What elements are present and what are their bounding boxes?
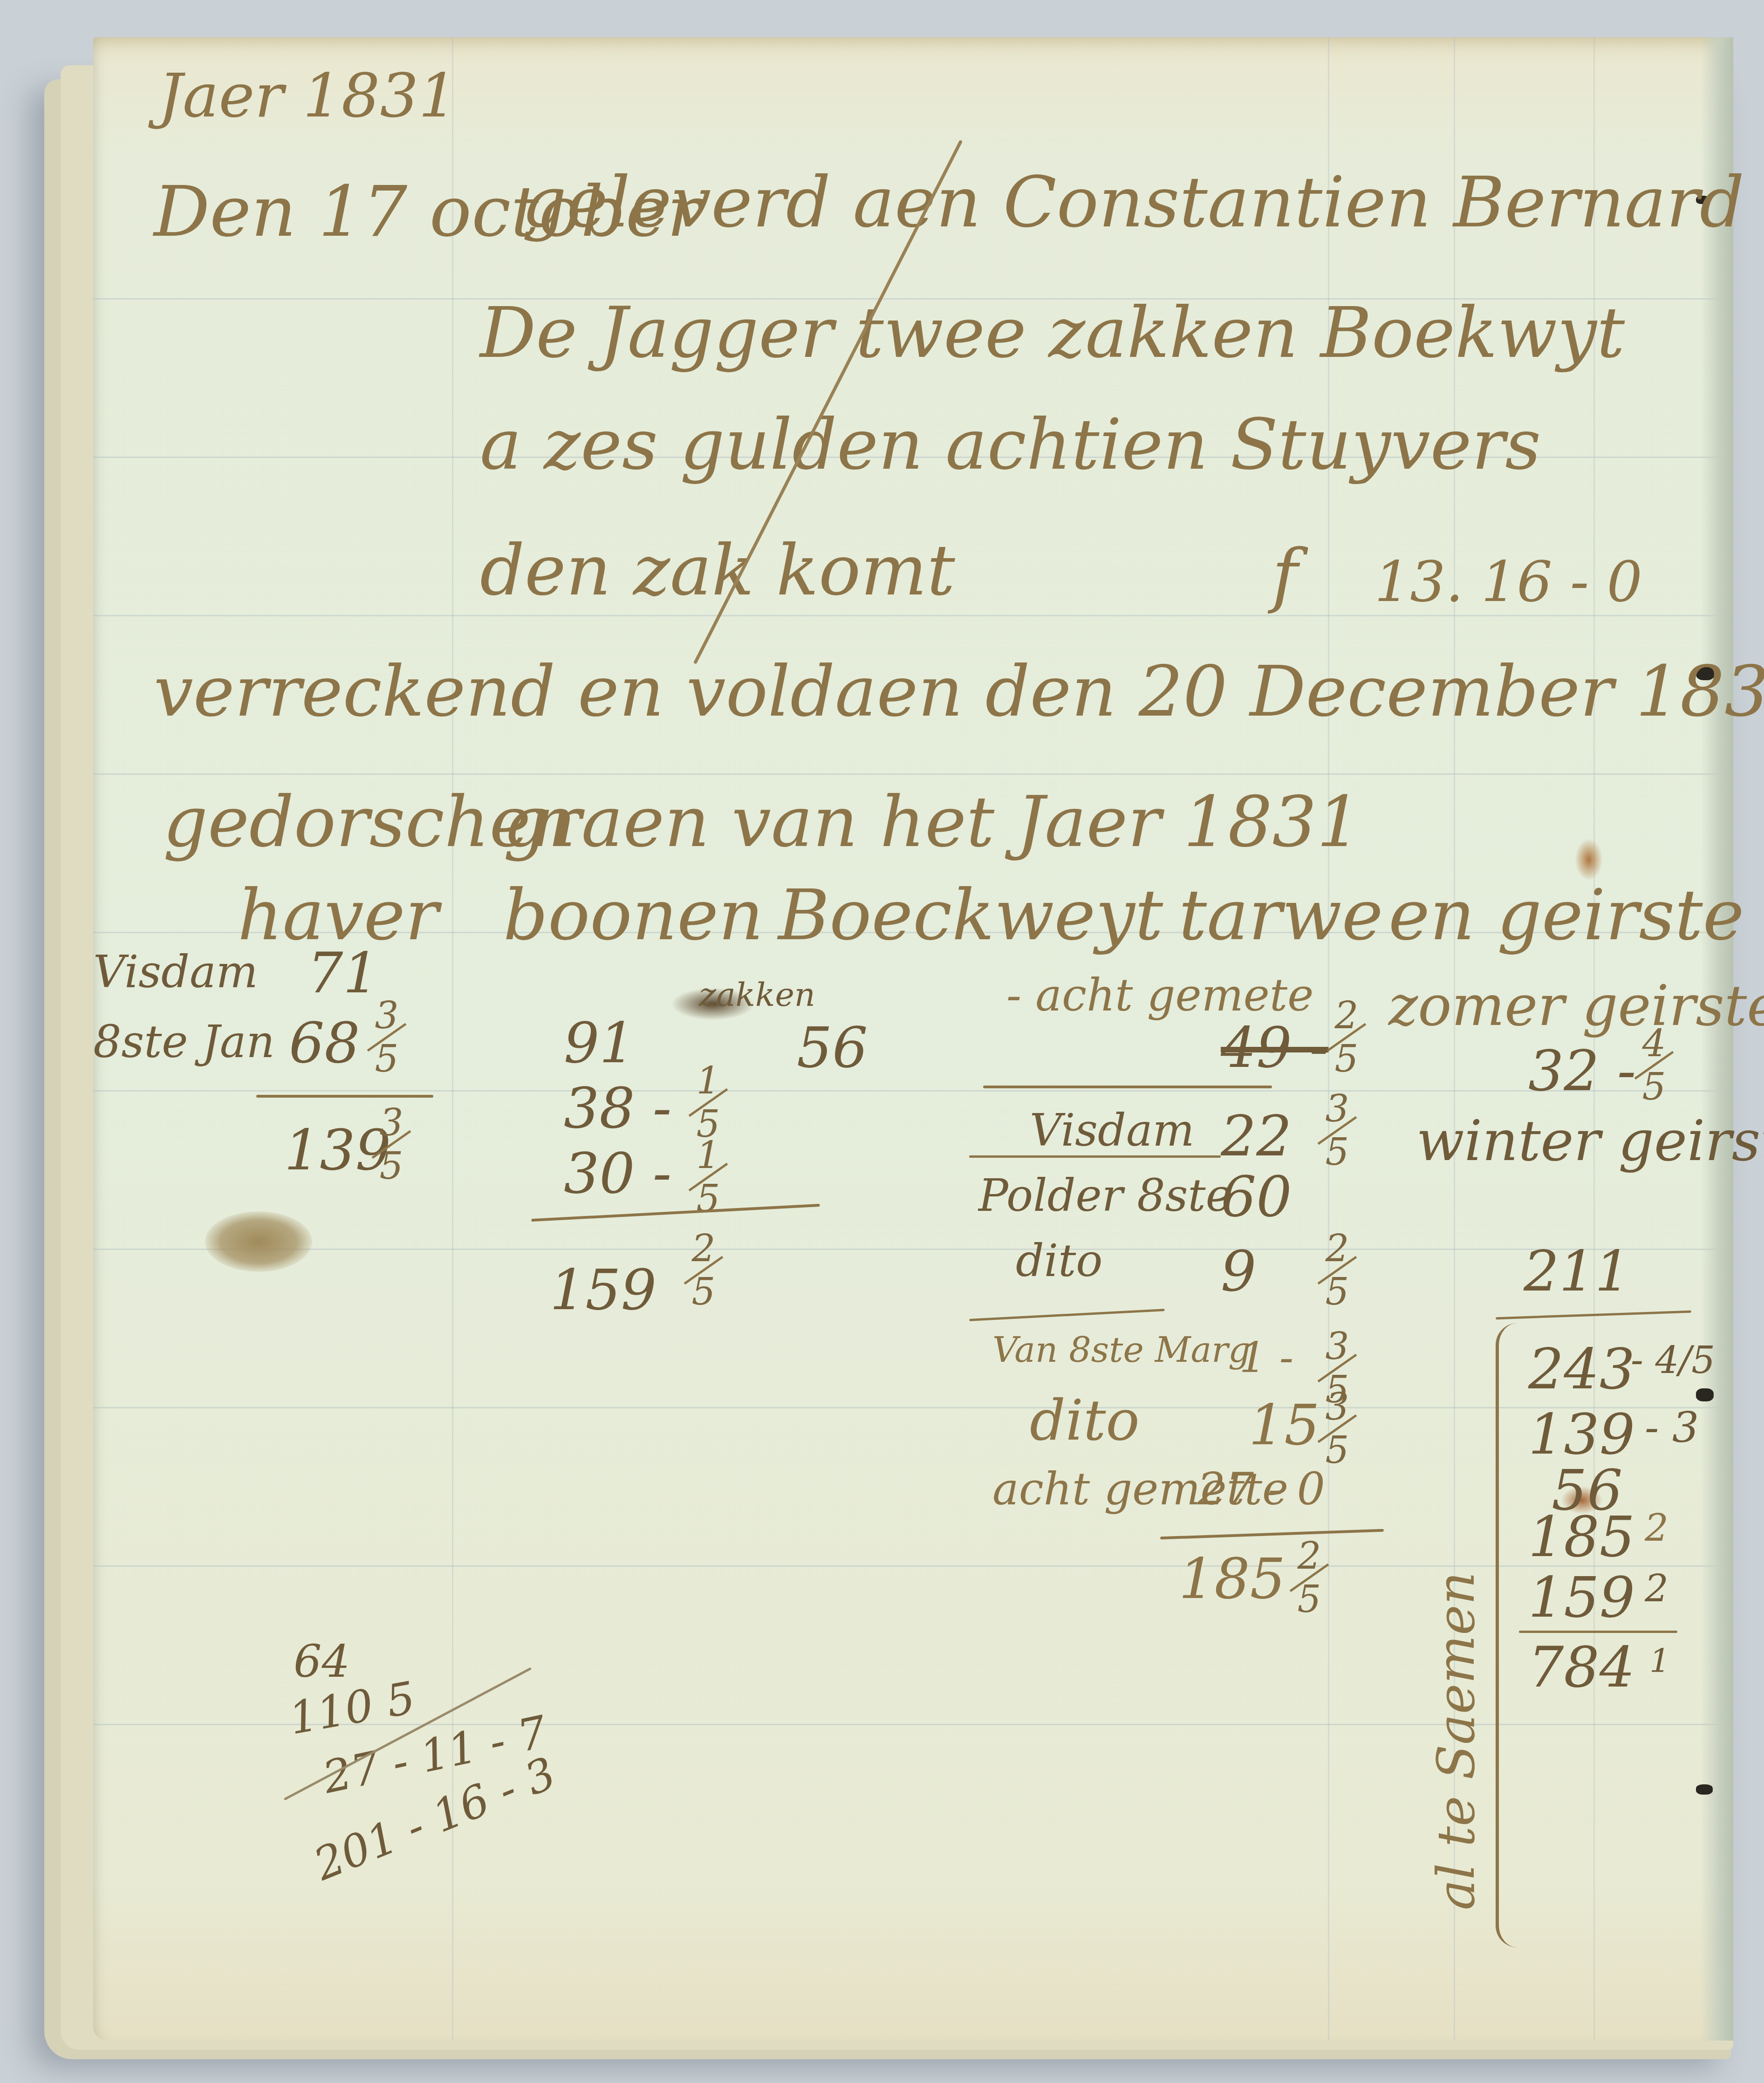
year-heading: Jaer 1831 bbox=[158, 65, 457, 126]
zomer-geirste-value: 32 - bbox=[1528, 1044, 1636, 1100]
summary-brace bbox=[1496, 1323, 1518, 1947]
boonen-row-value: 38 - bbox=[564, 1081, 671, 1137]
winter-geirste-value: 211 bbox=[1524, 1244, 1630, 1300]
haver-total-fraction: 35 bbox=[368, 1104, 415, 1185]
ruling-line bbox=[93, 615, 1733, 616]
rust-stain bbox=[1575, 839, 1603, 881]
summary-row-value: 185 bbox=[1528, 1509, 1635, 1565]
boonen-total: 159 bbox=[550, 1263, 656, 1318]
summary-total-fraction: 1 bbox=[1649, 1645, 1670, 1677]
boeckweyt-value: 56 bbox=[797, 1020, 868, 1076]
tarwe-row-fraction: 35 bbox=[1314, 1090, 1361, 1171]
summary-row-value: 243 bbox=[1528, 1342, 1635, 1398]
settled-label: verreckend bbox=[154, 657, 555, 727]
tarwe-row-label: Visdam bbox=[1030, 1109, 1195, 1153]
boonen-row-fraction: 15 bbox=[685, 1137, 732, 1217]
summary-row-fraction: - 3 bbox=[1645, 1407, 1699, 1449]
boonen-row-value: 30 - bbox=[564, 1146, 671, 1202]
column-header-haver: haver bbox=[238, 881, 438, 950]
haver-row-fraction: 35 bbox=[363, 997, 410, 1078]
entry-line-4: den zak komt bbox=[480, 536, 955, 606]
boonen-row-value: 91 bbox=[564, 1016, 635, 1072]
tarwe-row-value: 9 bbox=[1221, 1244, 1256, 1300]
entry-line-1: geleverd aen Constantien Bernard bbox=[522, 168, 1744, 238]
haver-row-value: 71 bbox=[308, 946, 379, 1002]
boonen-note: zakken bbox=[699, 978, 815, 1011]
binding-hole bbox=[1696, 1784, 1713, 1795]
tarwe-row-label: - acht gemete bbox=[1006, 974, 1313, 1018]
tarwe-row-value: 15 bbox=[1249, 1398, 1320, 1454]
amount-florin-symbol: f bbox=[1272, 540, 1298, 610]
tarwe-row-fraction: 35 bbox=[1314, 1388, 1361, 1469]
bracket-line bbox=[983, 1086, 1272, 1088]
tarwe-total-fraction: 25 bbox=[1286, 1537, 1333, 1618]
tarwe-row-value: 60 bbox=[1221, 1169, 1292, 1225]
column-header-tarwe: tarwe bbox=[1179, 881, 1383, 950]
sum-line bbox=[1519, 1631, 1677, 1633]
scratch-line: 64 bbox=[294, 1640, 350, 1684]
haver-row-label: Visdam bbox=[93, 950, 258, 995]
sum-line bbox=[1160, 1529, 1384, 1540]
binding-gutter bbox=[1701, 37, 1733, 2041]
ruling-line bbox=[93, 773, 1733, 775]
boonen-row-fraction: 15 bbox=[685, 1062, 732, 1143]
ruling-line bbox=[93, 1407, 1733, 1408]
tarwe-row-value: 1 - bbox=[1239, 1337, 1293, 1379]
tarwe-row-value-struck: 49 - bbox=[1221, 1020, 1328, 1076]
tarwe-row-fraction-struck: 25 bbox=[1323, 997, 1370, 1078]
sum-line bbox=[531, 1204, 820, 1222]
winter-geirste-label: winter geirste bbox=[1416, 1113, 1764, 1169]
tarwe-total: 185 bbox=[1179, 1551, 1285, 1607]
summary-row-fraction: - 4/5 bbox=[1631, 1342, 1715, 1379]
zomer-geirste-label: zomer geirste bbox=[1388, 978, 1764, 1034]
tarwe-row-label: dito bbox=[1030, 1393, 1140, 1449]
bracket-line bbox=[969, 1155, 1221, 1158]
summary-row-fraction: 2 bbox=[1645, 1509, 1668, 1547]
column-header-geirste: en geirste bbox=[1388, 881, 1744, 950]
harvest-title-right: graen van het Jaer 1831 bbox=[503, 787, 1361, 857]
ruling-line bbox=[93, 1090, 1733, 1092]
tarwe-row-label: Van 8ste Marg bbox=[992, 1332, 1251, 1367]
haver-row-label: 8ste Jan bbox=[93, 1020, 275, 1065]
boonen-total-fraction: 25 bbox=[680, 1230, 727, 1311]
binding-hole bbox=[1696, 1388, 1714, 1401]
tarwe-row-value: 22 bbox=[1221, 1109, 1292, 1165]
settled-text: en voldaen den 20 December 1831 bbox=[578, 657, 1764, 727]
sum-line bbox=[256, 1095, 433, 1098]
summary-row-fraction: 2 bbox=[1645, 1570, 1668, 1607]
entry-amount: 13. 16 - 0 bbox=[1374, 554, 1642, 610]
haver-row-value: 68 bbox=[289, 1016, 360, 1072]
ink-stain bbox=[205, 1211, 312, 1272]
summary-row-value: 159 bbox=[1528, 1570, 1635, 1626]
entry-line-3: a zes gulden achtien Stuyvers bbox=[480, 410, 1541, 480]
tarwe-row-label: Polder 8ste bbox=[978, 1174, 1232, 1218]
column-header-boeckweyt: Boeckweyt bbox=[778, 881, 1163, 950]
tarwe-row-value: 27 - 0 bbox=[1197, 1468, 1325, 1512]
summary-label: al te Saemen bbox=[1430, 1572, 1482, 1910]
zomer-geirste-fraction: 45 bbox=[1631, 1025, 1677, 1106]
summary-total: 784 bbox=[1528, 1640, 1635, 1696]
entry-line-2: De Jagger twee zakken Boekwyt bbox=[480, 298, 1625, 368]
ruling-line bbox=[93, 1249, 1733, 1250]
sum-line bbox=[969, 1309, 1165, 1321]
column-header-boonen: boonen bbox=[503, 881, 764, 950]
tarwe-row-fraction: 25 bbox=[1314, 1230, 1361, 1311]
tarwe-row-label: dito bbox=[1016, 1239, 1103, 1284]
ledger-page: Jaer 1831 Den 17 october geleverd aen Co… bbox=[93, 37, 1733, 2041]
summary-row-value: 139 bbox=[1528, 1407, 1635, 1463]
ruling-line bbox=[93, 1565, 1733, 1567]
